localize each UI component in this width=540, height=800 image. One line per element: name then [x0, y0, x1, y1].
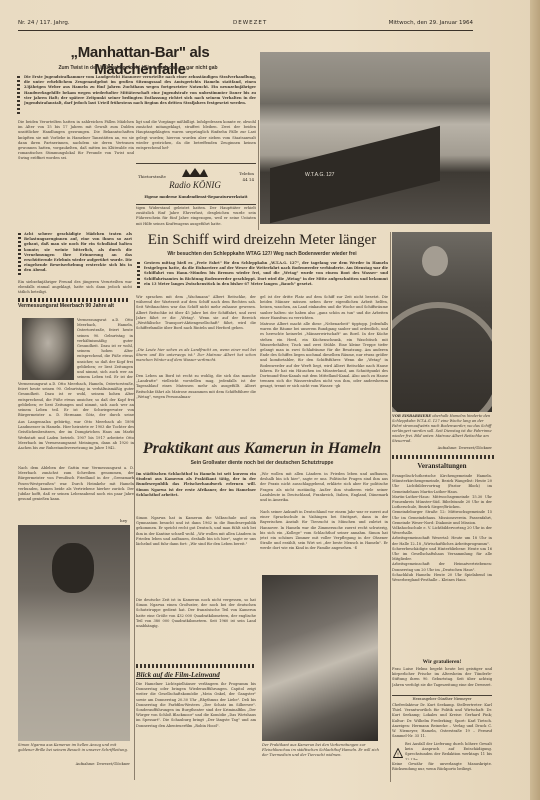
caption-lead: VOR EISBARRIERE	[392, 414, 431, 418]
ad-tagline: Eigene moderne Kundendienst-Reparaturwer…	[138, 195, 254, 199]
ad-phone-label: Telefon	[239, 171, 254, 176]
impressum-title: Herausgeber Günther Niemeyer	[392, 697, 492, 701]
events-title: Veranstaltungen	[392, 462, 492, 470]
manhattan-tail: Ein siebzehnjähriger Freund des jüngeren…	[18, 280, 132, 296]
schiff-body-col2b: Matrose Albert macht alle diese „Nebenar…	[260, 322, 388, 412]
photo-meerbach-portrait	[22, 318, 74, 380]
photo-barge: W.T.A.G. 127	[260, 52, 490, 224]
simon-caption: Simon Ngarwa aus Kamerun im hellen Anzug…	[18, 743, 130, 753]
kamerun-body-col2b: Nach seiner Ankunft in Deutschland vor e…	[260, 510, 388, 572]
event-item: Gemeindeburger Straße 12: Mittwochsgemei…	[392, 510, 492, 526]
schiff-body-col2: gel ist der dritte Platz auf dem Schiff …	[260, 295, 388, 321]
barge-hull	[270, 126, 440, 223]
congrats-text: Frau Luise Helms begeht heute bei geisti…	[392, 667, 492, 693]
photo-simon-ngarwa	[18, 525, 130, 741]
meerbach-headline: Vermessungsrat Meerbach 90 Jahre alt	[18, 303, 134, 309]
manhattan-body-col2: ligt und die Vorgänge mißbilligt. Infolg…	[136, 120, 256, 160]
issue-number: Nr. 24 / 117. Jahrg.	[18, 20, 70, 26]
meerbach-byline: hey	[120, 518, 127, 523]
kamerun-headline: Praktikant aus Kamerun in Hameln	[134, 440, 390, 458]
ad-street: Thietorstraße	[138, 174, 158, 179]
svg-text:!: !	[397, 753, 399, 759]
event-item: Arbeitsgemeinschaft Wesertal: Heute um 1…	[392, 536, 492, 546]
meerbach-text: Vermessungsrat a.D. Otto Meerbach, Hamel…	[77, 318, 133, 380]
newspaper-page: Nr. 24 / 117. Jahrg. DEWEZET Mittwoch, d…	[0, 0, 540, 800]
column-rule	[258, 120, 259, 230]
film-headline: Blick auf die Film-Leinwand	[136, 671, 256, 679]
box-border-dots	[18, 233, 21, 275]
helmsman-head	[422, 246, 448, 276]
portrait-head	[52, 543, 94, 593]
schiff-lead: Gestern mittag hieß es „Freie Fahrt" für…	[144, 261, 388, 291]
meerbach-text3: Nach dem Ableben der Gattin war Vermessu…	[18, 466, 134, 518]
manhattan-subheadline: Zum Twist in den Klütwald gelockt / Ein …	[18, 65, 258, 71]
ad-phone: 44 14	[243, 177, 254, 182]
event-item: Schachklub Hameln: Heute 20 Uhr Spielabe…	[392, 573, 492, 583]
ship-wheel	[392, 302, 492, 412]
impressum-footer: Keine Gewähr für unverlangte Manuskripte…	[392, 762, 492, 774]
kamerun-body-col2: „Wir wollen mit allen Ländern in Frieden…	[260, 472, 388, 510]
helmsman-credit: Aufnahme: Dewezet/Glöckner	[392, 446, 492, 450]
kamerun-subheadline: Sein Großvater diente noch bei der deuts…	[134, 460, 390, 466]
schiff-body-col1b: Den Leben an Bord ist recht zu wohlig, d…	[136, 374, 256, 412]
film-divider-dots	[136, 664, 254, 668]
photo-helmsman	[392, 232, 492, 412]
impressum-rule	[392, 695, 492, 696]
event-item: Evangelisch-lutherische Kirchengemeinde …	[392, 474, 492, 495]
event-item: Martin-Luther-Haus: Mittwochsgemeinde 15…	[392, 495, 492, 511]
event-item: Schwerbeschädigte und Hinterbliebene: He…	[392, 547, 492, 563]
divider-dots-right	[392, 455, 494, 459]
warning-triangle-icon: !	[393, 743, 403, 753]
kamerun-body-col1c: Die deutsche Zeit ist in Kamerun noch ni…	[136, 598, 256, 662]
simon-credit: Aufnahme: Dewezet/Glöckner	[18, 762, 130, 766]
schiff-lead-dots	[137, 262, 140, 290]
photo-slaughterhouse	[262, 575, 378, 741]
paper-name: DEWEZET	[233, 20, 267, 26]
barge-label: W.T.A.G. 127	[305, 172, 334, 178]
kamerun-body-col1b: Simon Ngarwa hat in Kamerun die Volkssch…	[136, 516, 256, 596]
events-list: Evangelisch-lutherische Kirchengemeinde …	[392, 474, 492, 656]
manhattan-lead: Die Erste Jugendstrafkammer vom Landgeri…	[24, 75, 256, 115]
column-rule	[390, 232, 391, 782]
page-spine-edge	[530, 0, 540, 800]
manhattan-box: Acht schwer geschädigte Mädchen traten a…	[24, 232, 132, 278]
svg-text:Radio KÖNIG: Radio KÖNIG	[168, 180, 221, 190]
meerbach-text-cont: Vermessungsrat a.D. Otto Meerbach, Hamel…	[18, 382, 134, 418]
schiff-body-col1: Wir sprachen mit dem „Wachmann" Albert R…	[136, 295, 256, 347]
manhattan-body-col2b: tigen Widerstand geleistet hatten. Der H…	[136, 206, 256, 226]
caption-text: oberhalb Hamelns hinderte den Schleppkah…	[392, 414, 492, 443]
kamerun-body-col1: Im städtischen Schlachthof in Hameln ist…	[136, 472, 256, 514]
manhattan-headline: „Manhattan-Bar" als Mädchenfalle	[30, 44, 250, 78]
crown-logo-icon: Radio KÖNIG	[160, 167, 230, 191]
manhattan-body-col1: Die beiden Verurteilten hatten in zahlre…	[18, 120, 134, 220]
film-text: Die Hamelner Lichtspielhäuser verlängern…	[136, 682, 256, 782]
schiff-quote: „Die Leute hier sehen es als Landfracht …	[136, 348, 256, 372]
meerbach-text2: Aus Langensalza gebürtig, war Otto Meerb…	[18, 420, 134, 464]
event-item: Arbeitsgemeinschaft der Heimatvertrieben…	[392, 562, 492, 572]
schiff-headline: Ein Schiff wird dreizehn Meter länger	[134, 232, 390, 249]
slaughterhouse-caption: Der Praktikant aus Kamerun bei den Vorbe…	[262, 743, 380, 758]
helmsman-caption: VOR EISBARRIERE oberhalb Hamelns hindert…	[392, 414, 492, 444]
ad-radio-koenig: Thietorstraße Radio KÖNIG Telefon 44 14 …	[136, 163, 256, 205]
event-item: Volkshochschule e. V. Lichtbildervortrag…	[392, 526, 492, 536]
lead-border-dots	[17, 76, 20, 114]
schiff-subheadline: Wir besuchten den Schleppkahn WTAG 127/ …	[134, 251, 390, 257]
impressum-notice: Bei Ausfall der Lieferung durch höhere G…	[405, 742, 492, 760]
issue-date: Mittwoch, den 29. Januar 1964	[389, 20, 473, 26]
impressum-text: Chefredakteur Dr. Kurt Seekamp. Stellver…	[392, 703, 492, 741]
divider-dots	[18, 298, 130, 302]
congrats-title: Wir gratulieren!	[392, 659, 492, 665]
column-rule	[134, 300, 135, 780]
masthead: Nr. 24 / 117. Jahrg. DEWEZET Mittwoch, d…	[18, 20, 473, 31]
